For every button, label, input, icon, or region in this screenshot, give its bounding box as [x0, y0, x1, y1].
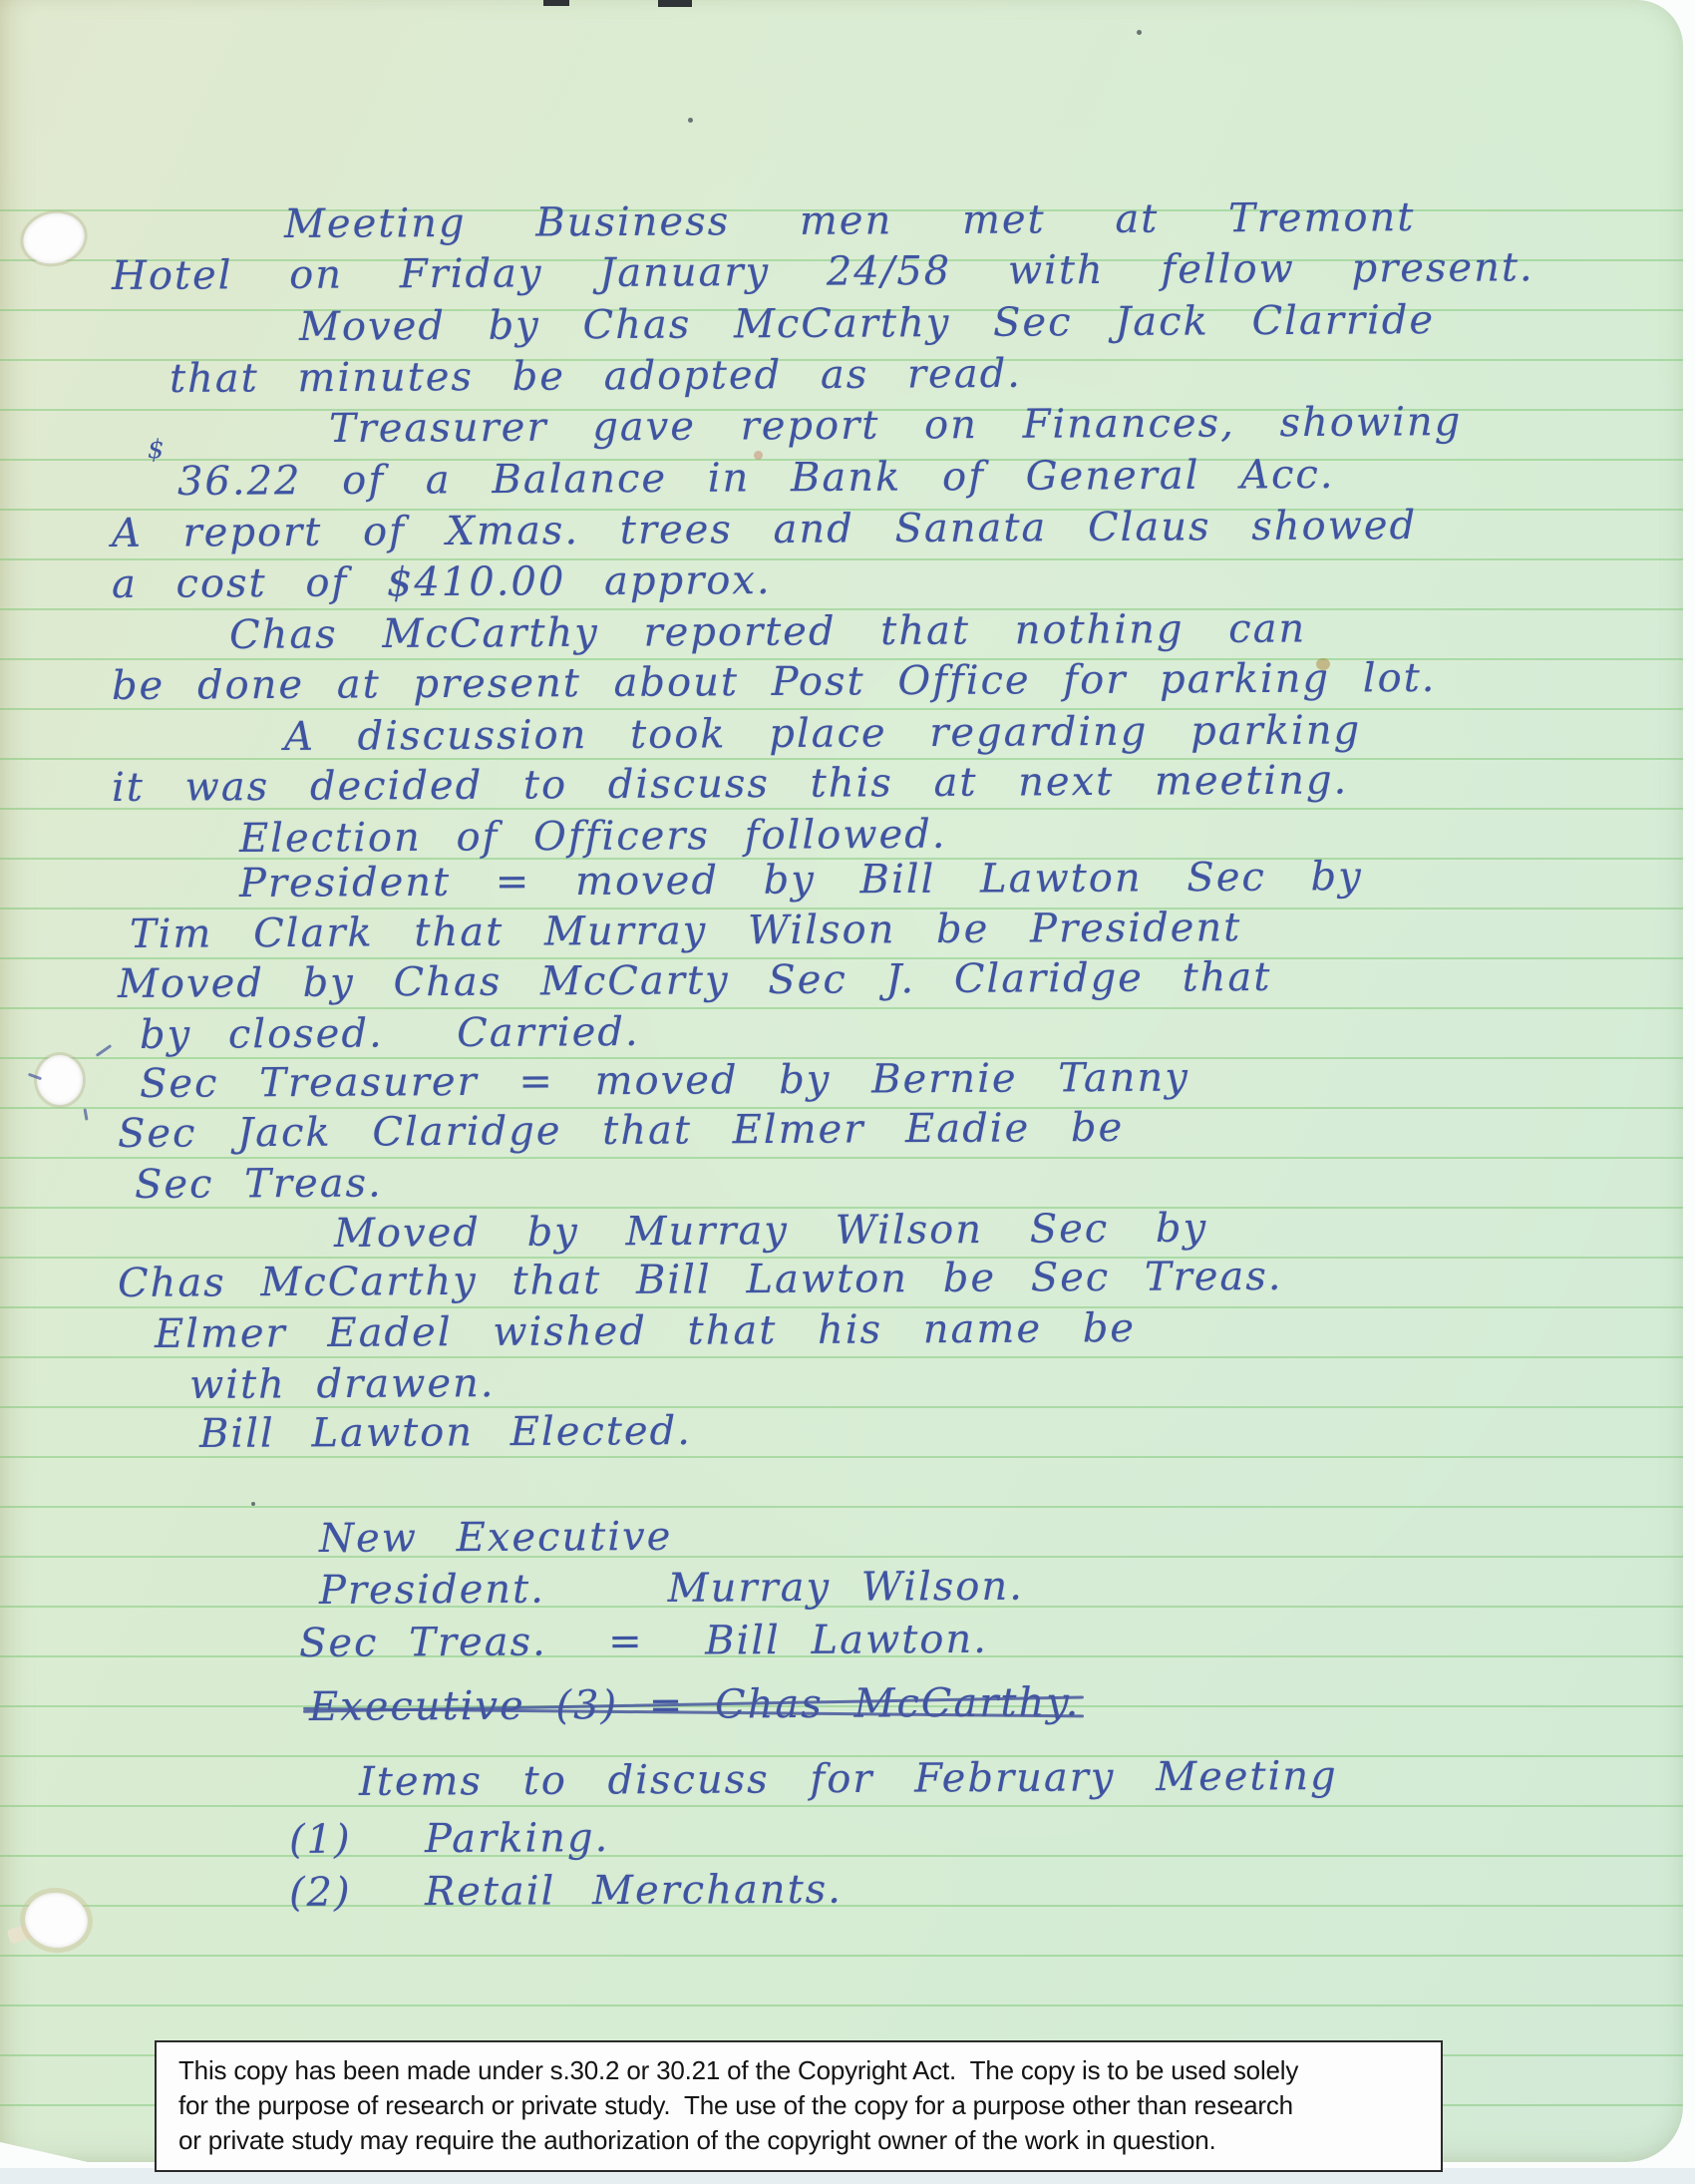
handwritten-line: a cost of $410.00 approx.: [112, 555, 772, 609]
handwritten-line: Bill Lawton Elected.: [199, 1406, 692, 1459]
handwritten-line: Items to discuss for February Meeting: [359, 1751, 1338, 1807]
notice-line: This copy has been made under s.30.2 or …: [178, 2053, 1419, 2088]
handwritten-line: A report of Xmas. trees and Sanata Claus…: [112, 501, 1417, 558]
handwritten-line: it was decided to discuss this at next m…: [112, 755, 1349, 813]
handwritten-line: Sec Treasurer = moved by Bernie Tanny: [140, 1053, 1189, 1109]
handwritten-line: President. Murray Wilson.: [319, 1562, 1024, 1616]
struck-text: Executive (3) = Chas McCarthy.: [309, 1677, 1081, 1732]
handwritten-line: by closed. Carried.: [140, 1007, 640, 1060]
handwritten-line: Moved by Murray Wilson Sec by: [334, 1204, 1207, 1259]
handwritten-line: Elmer Eadel wished that his name be: [155, 1303, 1136, 1359]
copyright-notice: This copy has been made under s.30.2 or …: [155, 2040, 1443, 2172]
handwritten-line: Treasurer gave report on Finances, showi…: [329, 397, 1463, 454]
handwritten-line: Moved by Chas McCarthy Sec Jack Clarride: [299, 295, 1435, 352]
ink-speck: [1137, 30, 1142, 35]
notice-line: for the purpose of research or private s…: [178, 2088, 1419, 2123]
margin-dollar-mark: $: [148, 435, 165, 465]
handwritten-line: Meeting Business men met at Tremont: [284, 192, 1416, 249]
handwritten-line: Tim Clark that Murray Wilson be Presiden…: [130, 903, 1242, 959]
scan-artifact: [543, 0, 569, 6]
scan-artifact: [658, 0, 692, 7]
handwritten-line: Sec Jack Claridge that Elmer Eadie be: [118, 1103, 1124, 1159]
handwritten-line: 36.22 of a Balance in Bank of General Ac…: [177, 450, 1335, 507]
handwritten-line: with drawen.: [189, 1358, 496, 1410]
handwritten-line: A discussion took place regarding parkin…: [284, 705, 1361, 762]
handwritten-line: President = moved by Bill Lawton Sec by: [239, 852, 1363, 909]
ink-speck: [688, 118, 693, 123]
handwritten-line: Sec Treas.: [135, 1158, 383, 1210]
handwritten-line: Chas McCarthy reported that nothing can: [229, 603, 1307, 660]
handwritten-line: that minutes be adopted as read.: [169, 349, 1022, 404]
handwritten-line: (1) Parking.: [289, 1813, 610, 1865]
handwritten-line: (2) Retail Merchants.: [289, 1865, 843, 1918]
handwritten-line: Hotel on Friday January 24/58 with fello…: [112, 242, 1534, 301]
punch-hole-middle: [37, 1055, 83, 1105]
handwritten-line: New Executive: [319, 1512, 673, 1564]
handwritten-line: be done at present about Post Office for…: [112, 653, 1437, 711]
handwritten-line-struck: Executive (3) = Chas McCarthy.: [309, 1677, 1081, 1732]
handwritten-line: Chas McCarthy that Bill Lawton be Sec Tr…: [118, 1252, 1283, 1308]
handwritten-line: Sec Treas. = Bill Lawton.: [299, 1615, 988, 1668]
notice-line: or private study may require the authori…: [178, 2123, 1419, 2158]
ink-speck: [251, 1502, 255, 1506]
handwritten-line: Moved by Chas McCarty Sec J. Claridge th…: [118, 952, 1272, 1009]
